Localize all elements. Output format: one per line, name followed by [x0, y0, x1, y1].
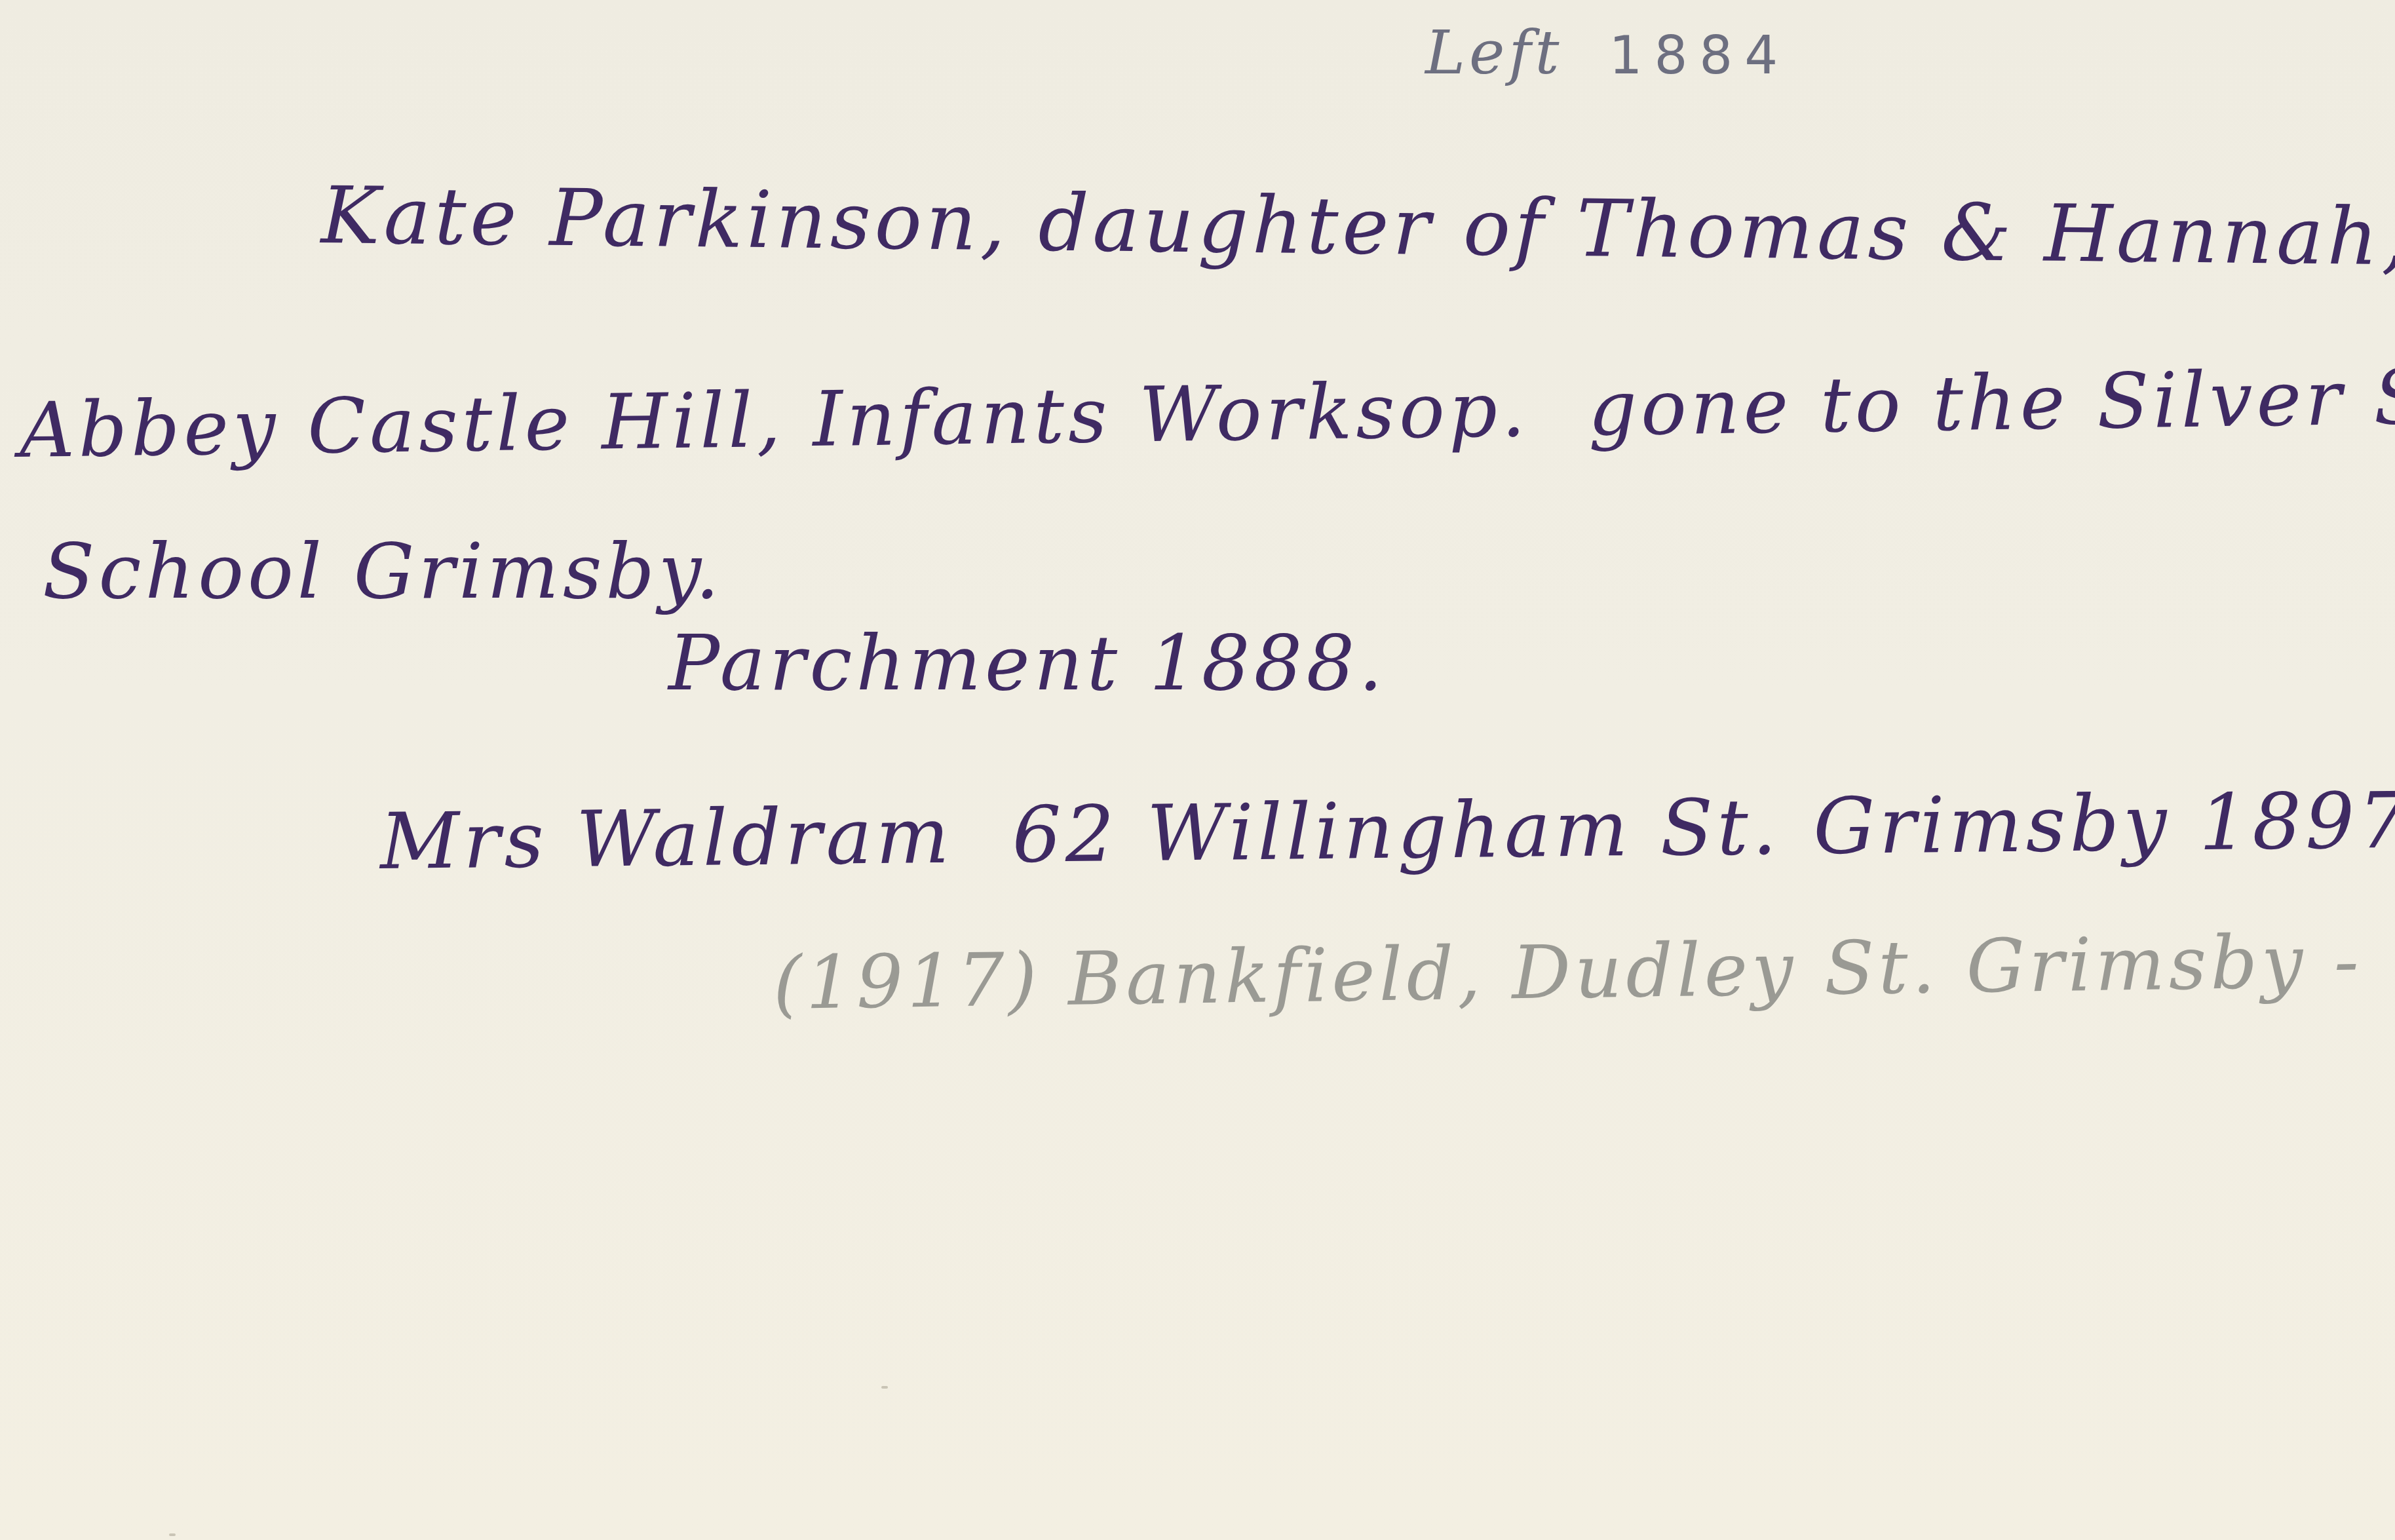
entry-school-origin: Abbey Castle Hill, Infants Worksop. [19, 366, 1530, 475]
entry-line-school: Abbey Castle Hill, Infants Worksop.gone … [19, 356, 2395, 469]
married-name: Mrs Waldram [379, 790, 953, 887]
margin-note-year: 1884 [1609, 25, 1790, 86]
document-page: Left1884 Kate Parkinson, daughter of Tho… [0, 0, 2395, 1540]
entry-line-name: Kate Parkinson, daughter of Thomas & Han… [320, 177, 2395, 280]
pencil-note-1917: (1917) Bankfield, Dudley St. Grimsby - [773, 925, 2363, 1020]
margin-note-left: Left1884 [1425, 23, 1790, 83]
later-address-line: Mrs Waldram62 Willingham St.Grimsby 1897… [379, 781, 2395, 880]
town-year: Grimsby 1897. [1813, 775, 2395, 872]
entry-line-destination: School Grimsby. [43, 534, 723, 610]
entry-transfer: gone to the Silver Street [1588, 350, 2395, 453]
street-address: 62 Willingham St. [1012, 782, 1781, 880]
paper-speck [169, 1533, 176, 1536]
margin-note-label: Left [1425, 18, 1563, 88]
paper-speck [881, 1386, 888, 1389]
entry-line-parchment: Parchment 1888. [668, 626, 1387, 702]
